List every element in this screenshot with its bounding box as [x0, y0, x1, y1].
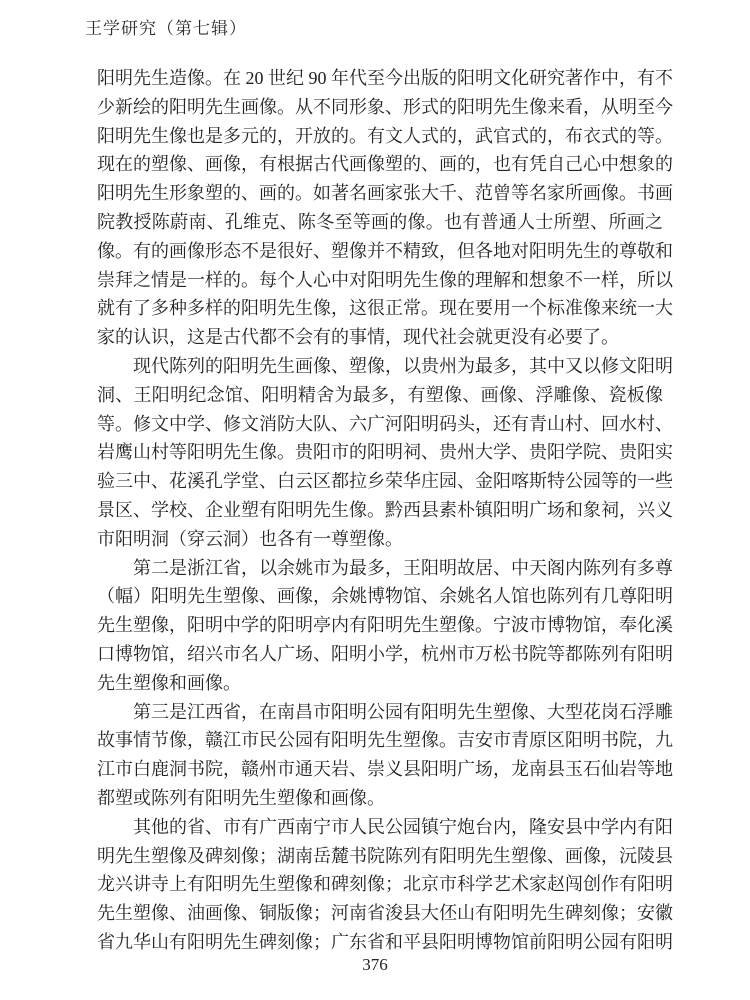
text-line: 岩鹰山村等阳明先生像。贵阳市的阳明祠、贵州大学、贵阳学院、贵阳实 [97, 438, 663, 467]
text-line: 第二是浙江省，以余姚市为最多，王阳明故居、中天阁内陈列有多尊 [97, 554, 663, 583]
book-page: 王学研究（第七辑） 阳明先生造像。在 20 世纪 90 年代至今出版的阳明文化研… [0, 0, 750, 1000]
paragraph: 第三是江西省，在南昌市阳明公园有阳明先生塑像、大型花岗石浮雕故事情节像，赣江市民… [97, 698, 663, 813]
text-line: （幅）阳明先生塑像、画像，余姚博物馆、余姚名人馆也陈列有几尊阳明 [97, 582, 663, 611]
text-line: 景区、学校、企业塑有阳明先生像。黔西县素朴镇阳明广场和象祠，兴义 [97, 496, 663, 525]
paragraph: 第二是浙江省，以余姚市为最多，王阳明故居、中天阁内陈列有多尊（幅）阳明先生塑像、… [97, 554, 663, 698]
text-line: 像。有的画像形态不是很好、塑像并不精致，但各地对阳明先生的尊敬和 [97, 237, 663, 266]
text-line: 其他的省、市有广西南宁市人民公园镇宁炮台内，隆安县中学内有阳 [97, 813, 663, 842]
paragraph: 其他的省、市有广西南宁市人民公园镇宁炮台内，隆安县中学内有阳明先生塑像及碑刻像；… [97, 813, 663, 957]
text-line: 现在的塑像、画像，有根据古代画像塑的、画的，也有凭自己心中想象的 [97, 150, 663, 179]
text-line: 江市白鹿洞书院，赣州市通天岩、崇义县阳明广场，龙南县玉石仙岩等地 [97, 755, 663, 784]
page-number: 376 [0, 955, 750, 975]
text-line: 洞、王阳明纪念馆、阳明精舍为最多，有塑像、画像、浮雕像、瓷板像 [97, 381, 663, 410]
text-line: 阳明先生造像。在 20 世纪 90 年代至今出版的阳明文化研究著作中，有不 [97, 64, 663, 93]
text-line: 阳明先生像也是多元的，开放的。有文人式的，武官式的，布衣式的等。 [97, 122, 663, 151]
text-line: 龙兴讲寺上有阳明先生塑像和碑刻像；北京市科学艺术家赵闯创作有阳明 [97, 870, 663, 899]
page-body: 阳明先生造像。在 20 世纪 90 年代至今出版的阳明文化研究著作中，有不少新绘… [97, 64, 663, 957]
text-line: 省九华山有阳明先生碑刻像；广东省和平县阳明博物馆前阳明公园有阳明 [97, 928, 663, 957]
text-line: 先生塑像，阳明中学的阳明亭内有阳明先生塑像。宁波市博物馆，奉化溪 [97, 611, 663, 640]
text-line: 先生塑像和画像。 [97, 669, 663, 698]
text-line: 少新绘的阳明先生画像。从不同形象、形式的阳明先生像来看，从明至今 [97, 93, 663, 122]
text-line: 都塑或陈列有阳明先生塑像和画像。 [97, 784, 663, 813]
text-line: 口博物馆，绍兴市名人广场、阳明小学，杭州市万松书院等都陈列有阳明 [97, 640, 663, 669]
paragraph: 现代陈列的阳明先生画像、塑像，以贵州为最多，其中又以修文阳明洞、王阳明纪念馆、阳… [97, 352, 663, 554]
text-line: 崇拜之情是一样的。每个人心中对阳明先生像的理解和想象不一样，所以 [97, 266, 663, 295]
text-line: 验三中、花溪孔学堂、白云区都拉乡荣华庄园、金阳喀斯特公园等的一些 [97, 467, 663, 496]
text-line: 现代陈列的阳明先生画像、塑像，以贵州为最多，其中又以修文阳明 [97, 352, 663, 381]
text-line: 等。修文中学、修文消防大队、六广河阳明码头，还有青山村、回水村、 [97, 410, 663, 439]
text-line: 家的认识，这是古代都不会有的事情，现代社会就更没有必要了。 [97, 323, 663, 352]
text-line: 故事情节像，赣江市民公园有阳明先生塑像。吉安市青原区阳明书院，九 [97, 726, 663, 755]
text-line: 第三是江西省，在南昌市阳明公园有阳明先生塑像、大型花岗石浮雕 [97, 698, 663, 727]
text-line: 市阳明洞（穿云洞）也各有一尊塑像。 [97, 525, 663, 554]
running-head: 王学研究（第七辑） [85, 14, 247, 39]
text-line: 阳明先生形象塑的、画的。如著名画家张大千、范曾等名家所画像。书画 [97, 179, 663, 208]
paragraph: 阳明先生造像。在 20 世纪 90 年代至今出版的阳明文化研究著作中，有不少新绘… [97, 64, 663, 352]
text-line: 就有了多种多样的阳明先生像，这很正常。现在要用一个标准像来统一大 [97, 294, 663, 323]
text-line: 先生塑像、油画像、铜版像；河南省浚县大伾山有阳明先生碑刻像；安徽 [97, 899, 663, 928]
text-line: 院教授陈蔚南、孔维克、陈冬至等画的像。也有普通人士所塑、所画之 [97, 208, 663, 237]
text-line: 明先生塑像及碑刻像；湖南岳麓书院陈列有阳明先生塑像、画像，沅陵县 [97, 842, 663, 871]
